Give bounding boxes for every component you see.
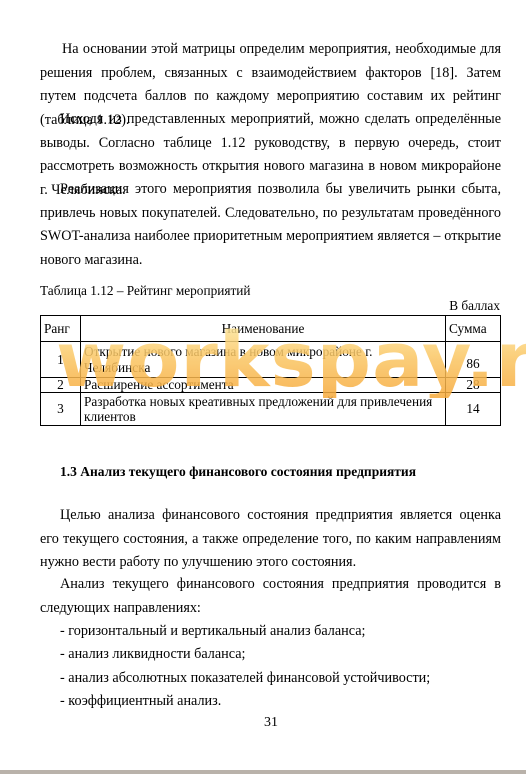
paragraph-implementation: Реализация этого мероприятия позволила б…	[40, 178, 501, 272]
table-header-row: Ранг Наименование Сумма	[41, 316, 501, 342]
analysis-directions-list: - горизонтальный и вертикальный анализ б…	[60, 620, 430, 714]
rating-table: Ранг Наименование Сумма 1 Открытие новог…	[40, 315, 501, 426]
section-heading: 1.3 Анализ текущего финансового состояни…	[60, 463, 416, 481]
table-row: 1 Открытие нового магазина в новом микро…	[41, 342, 501, 378]
list-item: - коэффициентный анализ.	[60, 690, 430, 713]
table-unit-label: В баллах	[449, 298, 500, 314]
header-sum: Сумма	[446, 316, 501, 342]
header-rank: Ранг	[41, 316, 81, 342]
page-bottom-divider	[0, 770, 526, 774]
paragraph-analysis-goal: Целью анализа финансового состояния пред…	[40, 504, 501, 575]
cell-sum: 86	[446, 342, 501, 378]
cell-name: Разработка новых креативных предложений …	[81, 393, 446, 426]
table-row: 3 Разработка новых креативных предложени…	[41, 393, 501, 426]
list-item: - анализ ликвидности баланса;	[60, 643, 430, 666]
cell-rank: 1	[41, 342, 81, 378]
paragraph-text: Целью анализа финансового состояния пред…	[40, 504, 501, 575]
list-item: - анализ абсолютных показателей финансов…	[60, 667, 430, 690]
paragraph-text: Реализация этого мероприятия позволила б…	[40, 178, 501, 272]
cell-sum: 28	[446, 378, 501, 393]
list-item: - горизонтальный и вертикальный анализ б…	[60, 620, 430, 643]
cell-name: Расширение ассортимента	[81, 378, 446, 393]
table-row: 2 Расширение ассортимента 28	[41, 378, 501, 393]
document-page: На основании этой матрицы определим меро…	[0, 0, 526, 770]
cell-sum: 14	[446, 393, 501, 426]
header-name: Наименование	[81, 316, 446, 342]
cell-rank: 3	[41, 393, 81, 426]
paragraph-text: Анализ текущего финансового состояния пр…	[40, 573, 501, 620]
cell-name: Открытие нового магазина в новом микрора…	[81, 342, 446, 378]
page-number: 31	[0, 714, 526, 732]
cell-rank: 2	[41, 378, 81, 393]
paragraph-analysis-directions: Анализ текущего финансового состояния пр…	[40, 573, 501, 620]
table-caption: Таблица 1.12 – Рейтинг мероприятий	[40, 283, 251, 299]
